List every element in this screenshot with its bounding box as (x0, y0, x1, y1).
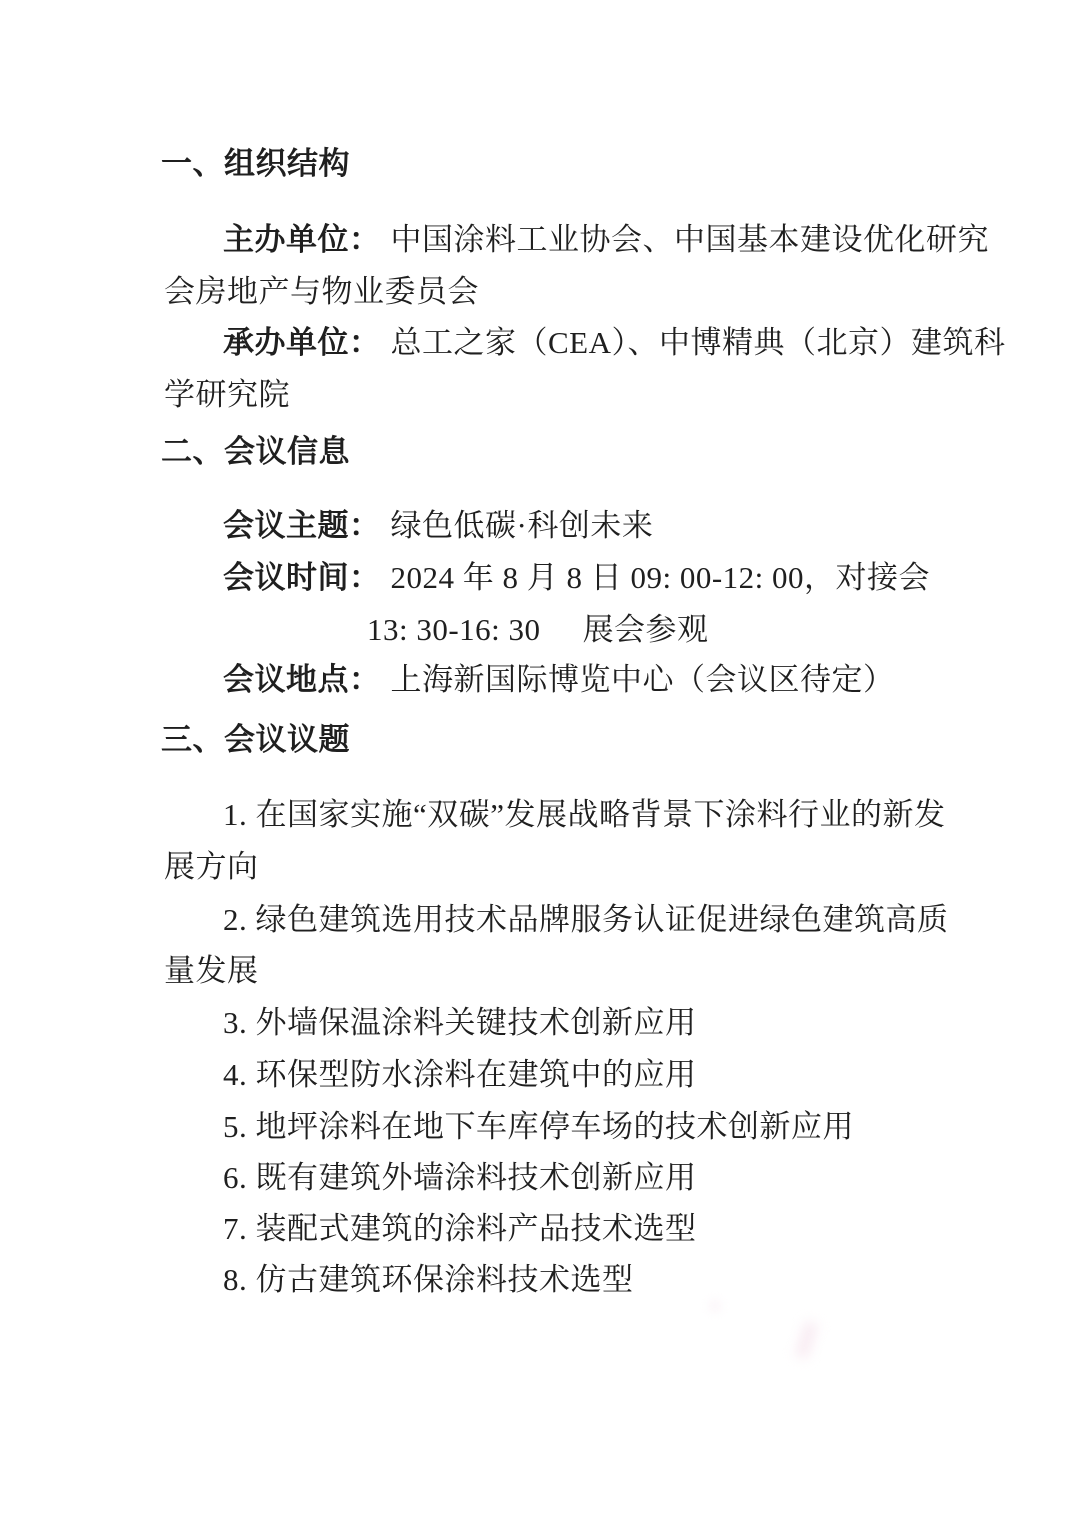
meeting-theme-label: 会议主题： (223, 508, 381, 543)
organizer-unit-label: 承办单位： (223, 325, 381, 360)
topic-7-line: 7. 装配式建筑的涂料产品技术选型 (223, 1209, 697, 1249)
meeting-time-afternoon: 13: 30-16: 30 (367, 612, 541, 647)
meeting-time-line-2: 13: 30-16: 30展会参观 (367, 610, 709, 650)
topic-1-line-2: 展方向 (164, 847, 259, 887)
meeting-theme-line: 会议主题：绿色低碳·科创未来 (223, 506, 653, 546)
meeting-theme-text: 绿色低碳·科创未来 (391, 508, 654, 543)
host-unit-line-2: 会房地产与物业委员会 (164, 272, 479, 312)
topic-4-line: 4. 环保型防水涂料在建筑中的应用 (223, 1055, 697, 1095)
topic-6-line: 6. 既有建筑外墙涂料技术创新应用 (223, 1158, 697, 1198)
document-page: 一、组织结构 主办单位：中国涂料工业协会、中国基本建设优化研究 会房地产与物业委… (0, 0, 1080, 1527)
meeting-venue-line: 会议地点：上海新国际博览中心（会议区待定） (223, 660, 895, 700)
scan-smudge-dot (709, 1300, 721, 1312)
topic-8-line: 8. 仿古建筑环保涂料技术选型 (223, 1260, 634, 1300)
topic-1-line-1: 1. 在国家实施“双碳”发展战略背景下涂料行业的新发 (223, 795, 946, 835)
meeting-time-label: 会议时间： (223, 560, 381, 595)
section-2-heading: 二、会议信息 (161, 432, 350, 472)
meeting-time-exhibit-visit: 展会参观 (583, 612, 709, 647)
topic-5-line: 5. 地坪涂料在地下车库停车场的技术创新应用 (223, 1107, 854, 1147)
host-unit-label: 主办单位： (223, 222, 381, 257)
organizer-unit-line-1: 承办单位：总工之家（CEA）、中博精典（北京）建筑科 (223, 323, 1006, 363)
organizer-unit-text: 总工之家（CEA）、中博精典（北京）建筑科 (391, 325, 1006, 360)
scan-smudge-stroke (795, 1321, 818, 1359)
organizer-unit-line-2: 学研究院 (164, 375, 290, 415)
meeting-time-line-1: 会议时间：2024 年 8 月 8 日 09: 00-12: 00，对接会 (223, 558, 930, 598)
host-unit-text: 中国涂料工业协会、中国基本建设优化研究 (391, 222, 990, 257)
topic-2-line-1: 2. 绿色建筑选用技术品牌服务认证促进绿色建筑高质 (223, 900, 949, 940)
section-1-heading: 一、组织结构 (161, 144, 350, 184)
meeting-time-text: 2024 年 8 月 8 日 09: 00-12: 00，对接会 (391, 560, 931, 595)
meeting-venue-text: 上海新国际博览中心（会议区待定） (391, 662, 895, 697)
topic-2-line-2: 量发展 (164, 951, 259, 991)
topic-3-line: 3. 外墙保温涂料关键技术创新应用 (223, 1003, 697, 1043)
host-unit-line-1: 主办单位：中国涂料工业协会、中国基本建设优化研究 (223, 220, 989, 260)
meeting-venue-label: 会议地点： (223, 662, 381, 697)
section-3-heading: 三、会议议题 (161, 720, 350, 760)
